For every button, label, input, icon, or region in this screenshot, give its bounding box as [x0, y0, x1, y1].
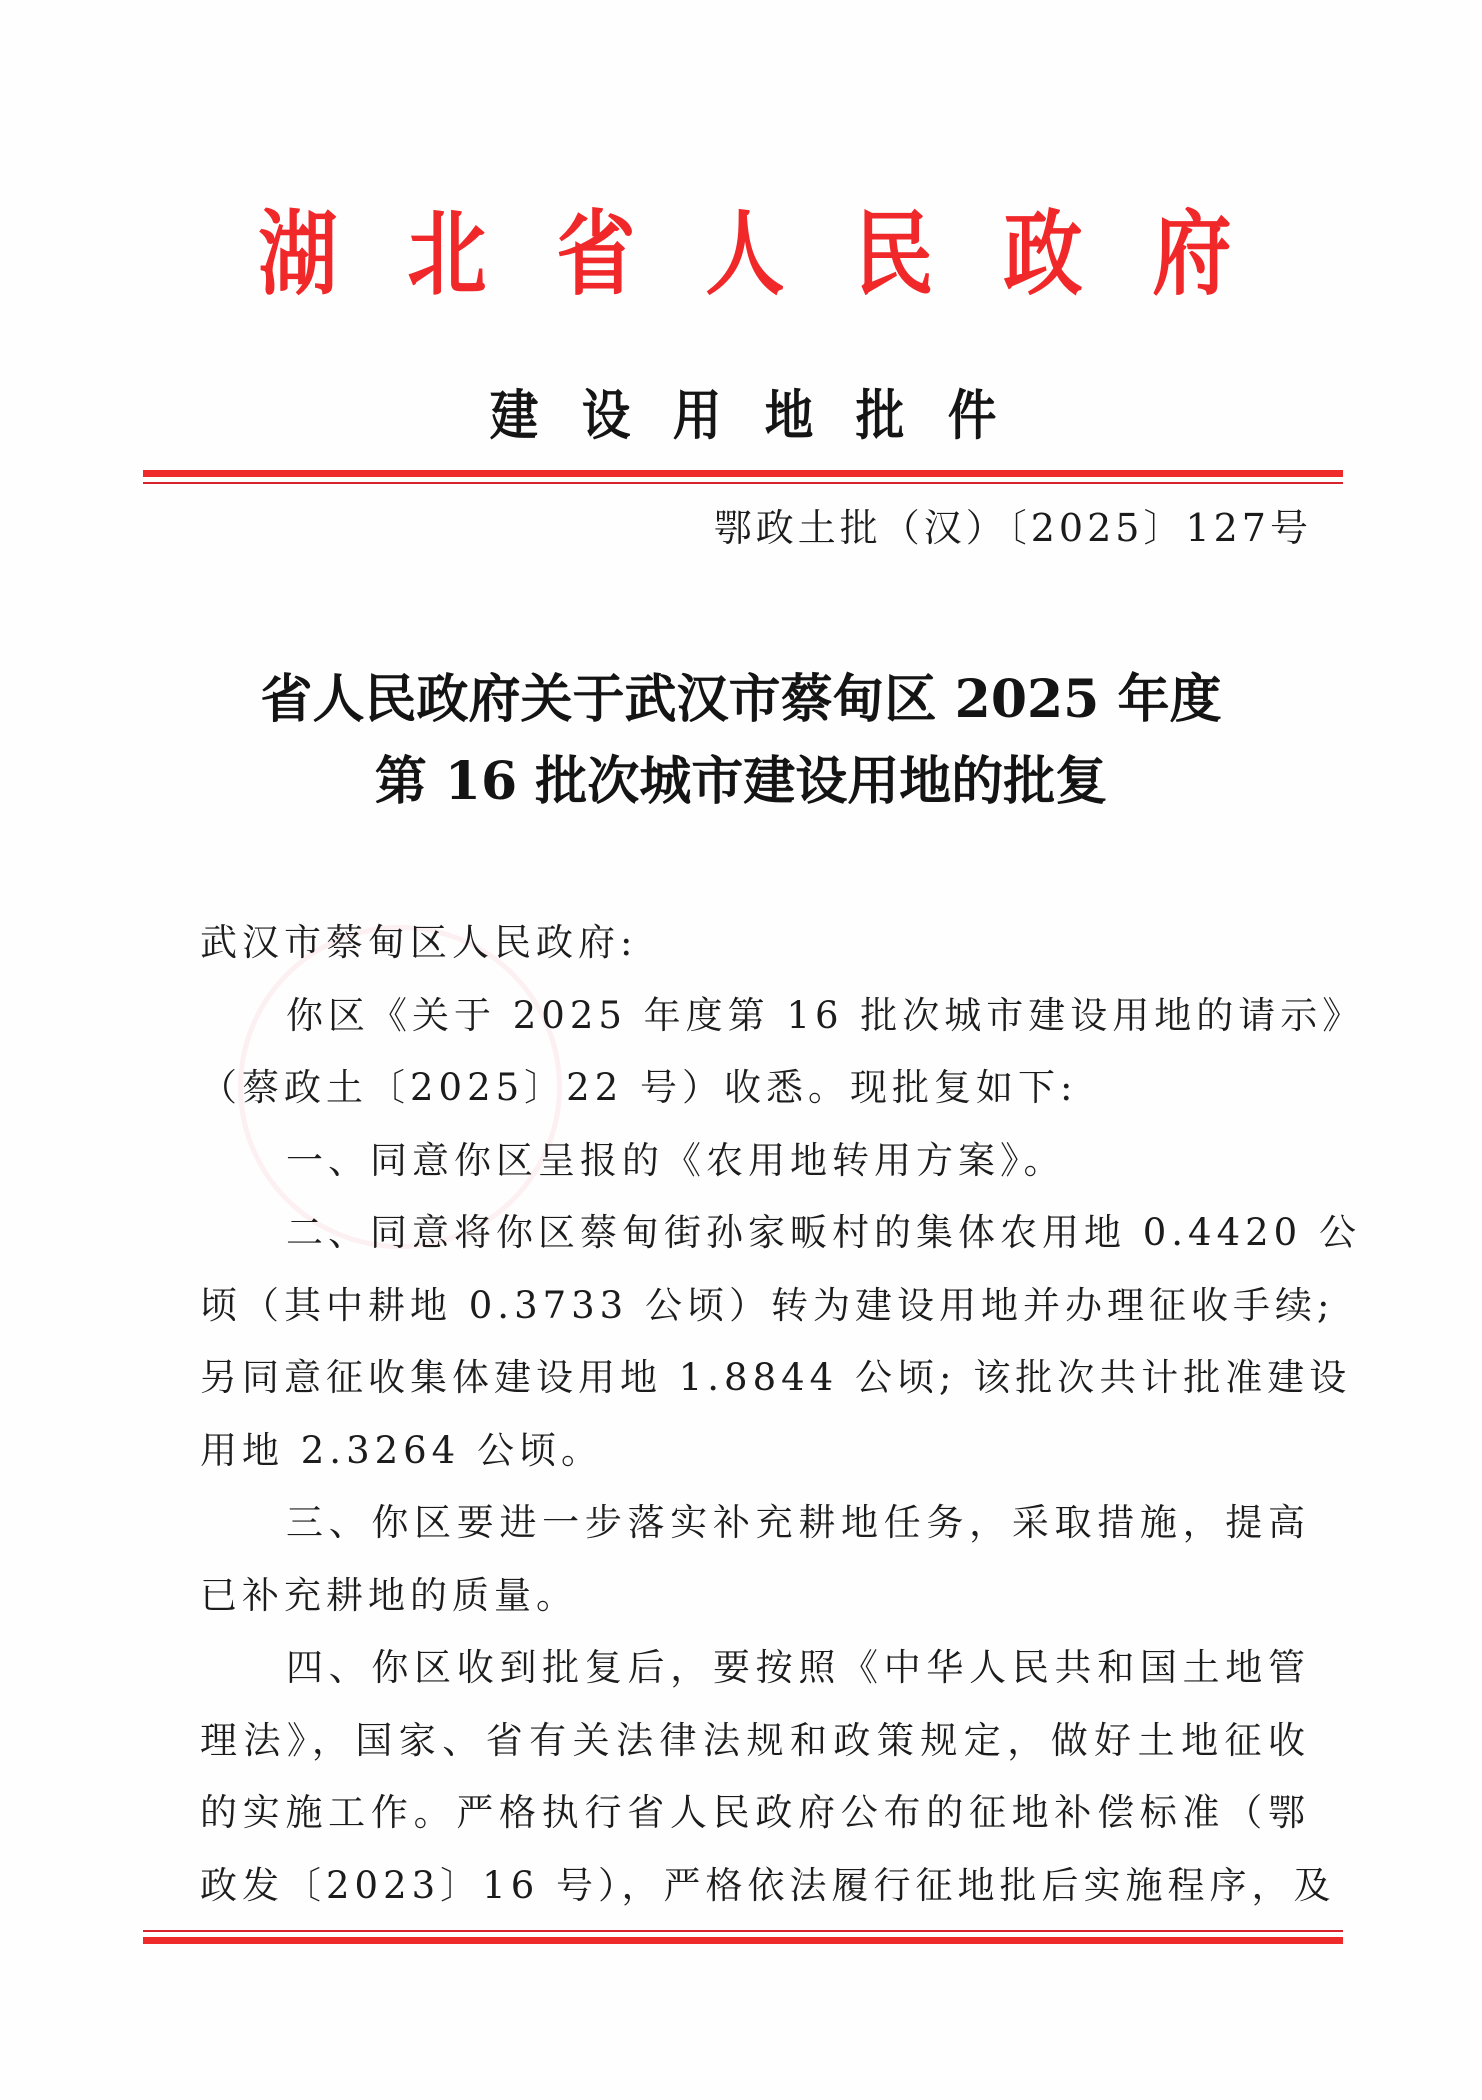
- doc-type-char: 件: [945, 380, 999, 450]
- body-line: 顷（其中耕地 0.3733 公顷）转为建设用地并办理征收手续;: [200, 1283, 1310, 1356]
- issuer-char: 人: [704, 196, 787, 312]
- body-line: 四、你区收到批复后，要按照《中华人民共和国土地管: [200, 1645, 1310, 1718]
- doc-type-char: 建: [487, 380, 541, 450]
- issuer-char: 省: [555, 196, 638, 312]
- issuer-char: 府: [1151, 196, 1234, 312]
- issuer-char: 政: [1002, 196, 1085, 312]
- document-title-line-2: 第 16 批次城市建设用地的批复: [140, 746, 1342, 818]
- body-line: 三、你区要进一步落实补充耕地任务，采取措施，提高: [200, 1500, 1310, 1573]
- body-line: 政发〔2023〕16 号），严格依法履行征地批后实施程序，及: [200, 1863, 1310, 1936]
- document-title-line-1: 省人民政府关于武汉市蔡甸区 2025 年度: [140, 664, 1342, 736]
- doc-type-char: 用: [670, 380, 724, 450]
- doc-type-char: 设: [579, 380, 633, 450]
- issuer-char: 民: [853, 196, 936, 312]
- document-page: 湖 北 省 人 民 政 府 建 设 用 地 批 件 鄂政土批（汉）〔2025〕1…: [0, 0, 1482, 2100]
- body-line: 一、同意你区呈报的《农用地转用方案》。: [200, 1138, 1310, 1211]
- body-line: 用地 2.3264 公顷。: [200, 1428, 1310, 1501]
- body-line: 已补充耕地的质量。: [200, 1573, 1310, 1646]
- doc-type-char: 地: [762, 380, 816, 450]
- recipient-line: 武汉市蔡甸区人民政府:: [200, 920, 1310, 993]
- header-divider-thick: [143, 470, 1343, 477]
- doc-type-header: 建 设 用 地 批 件: [484, 380, 1002, 450]
- footer-divider-thick: [143, 1937, 1343, 1944]
- body-line: 你区《关于 2025 年度第 16 批次城市建设用地的请示》: [200, 993, 1310, 1066]
- header-divider-thin: [143, 482, 1343, 484]
- footer-divider-thin: [143, 1930, 1343, 1932]
- issuer-char: 北: [406, 196, 489, 312]
- issuer-char: 湖: [257, 196, 340, 312]
- body-line: 另同意征收集体建设用地 1.8844 公顷; 该批次共计批准建设: [200, 1355, 1310, 1428]
- body-line: 的实施工作。严格执行省人民政府公布的征地补偿标准（鄂: [200, 1790, 1310, 1863]
- document-body: 武汉市蔡甸区人民政府: 你区《关于 2025 年度第 16 批次城市建设用地的请…: [200, 920, 1310, 1935]
- issuer-header: 湖 北 省 人 民 政 府: [250, 196, 1240, 312]
- body-line: （蔡政土〔2025〕22 号）收悉。现批复如下:: [200, 1065, 1310, 1138]
- document-number: 鄂政土批（汉）〔2025〕127号: [714, 505, 1312, 551]
- body-line: 理法》，国家、省有关法律法规和政策规定，做好土地征收: [200, 1718, 1310, 1791]
- doc-type-char: 批: [853, 380, 907, 450]
- body-line: 二、同意将你区蔡甸街孙家畈村的集体农用地 0.4420 公: [200, 1210, 1310, 1283]
